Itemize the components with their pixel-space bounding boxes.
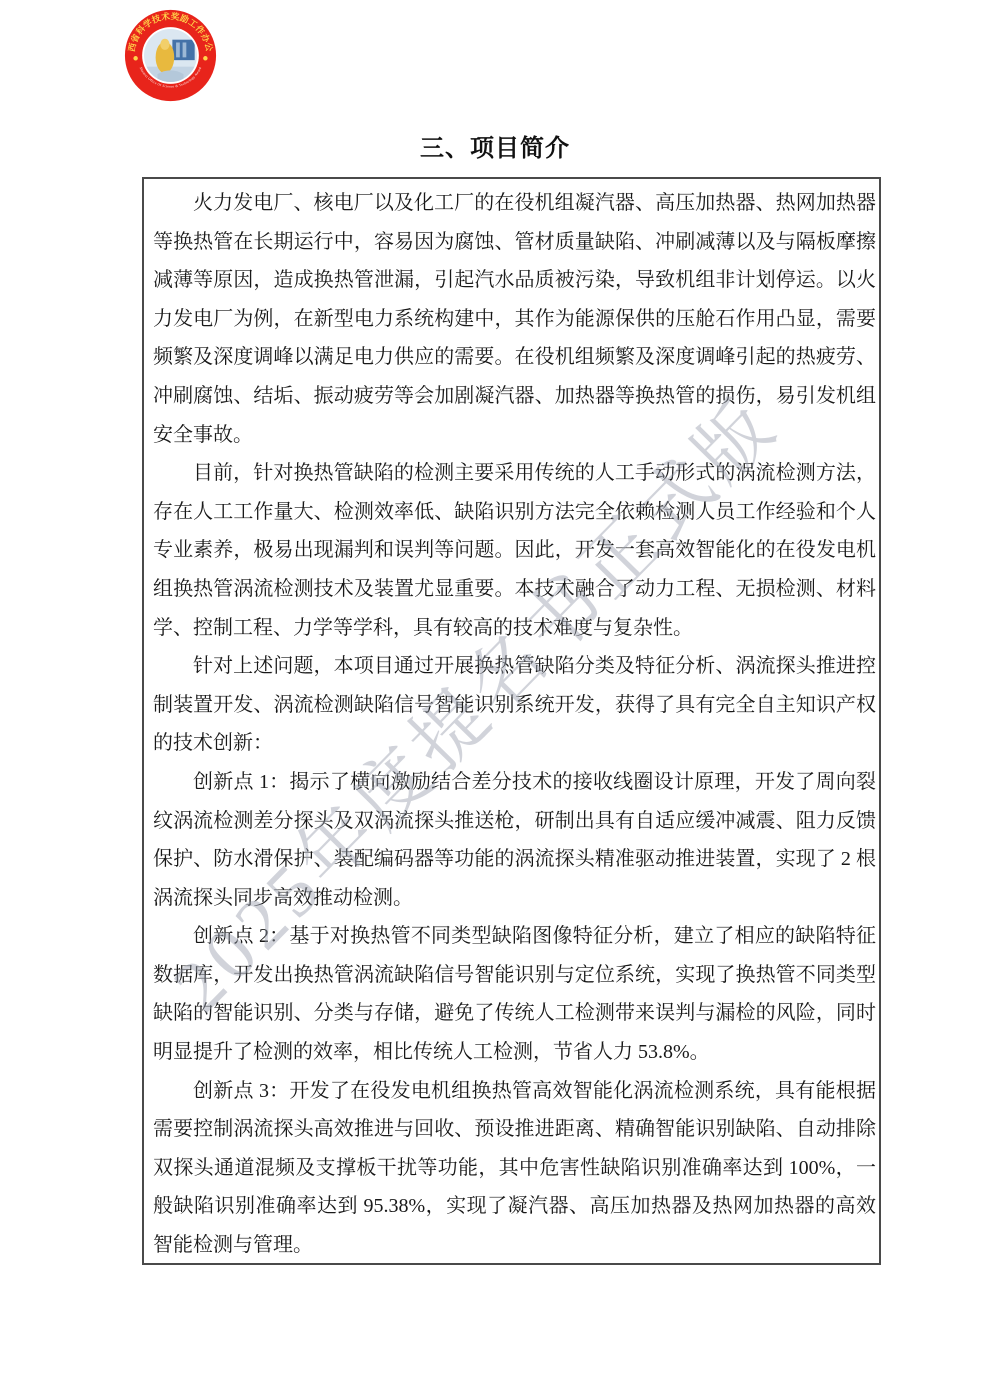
paragraph: 目前，针对换热管缺陷的检测主要采用传统的人工手动形式的涡流检测方法，存在人工工作…	[153, 454, 876, 647]
seal-right-star	[203, 56, 207, 60]
project-summary-box: 火力发电厂、核电厂以及化工厂的在役机组凝汽器、高压加热器、热网加热器等换热管在长…	[142, 177, 881, 1265]
section-title: 三、项目简介	[0, 128, 990, 163]
seal-svg: 陕西省科学技术奖励工作办公室 Shaanxi Office Of Science…	[124, 9, 217, 102]
seal-left-star	[133, 56, 137, 60]
paragraph: 创新点 1：揭示了横向激励结合差分技术的接收线圈设计原理，开发了周向裂纹涡流检测…	[153, 763, 876, 917]
paragraph: 火力发电厂、核电厂以及化工厂的在役机组凝汽器、高压加热器、热网加热器等换热管在长…	[153, 184, 876, 454]
document-page: 2025年度提名书正式版 陕西省科学	[0, 0, 990, 1400]
paragraph: 针对上述问题，本项目通过开展换热管缺陷分类及特征分析、涡流探头推进控制装置开发、…	[153, 647, 876, 763]
paragraph: 创新点 2：基于对换热管不同类型缺陷图像特征分析，建立了相应的缺陷特征数据库，开…	[153, 917, 876, 1071]
paragraph: 创新点 3：开发了在役发电机组换热管高效智能化涡流检测系统，具有能根据需要控制涡…	[153, 1072, 876, 1265]
award-office-seal-icon: 陕西省科学技术奖励工作办公室 Shaanxi Office Of Science…	[124, 9, 217, 102]
